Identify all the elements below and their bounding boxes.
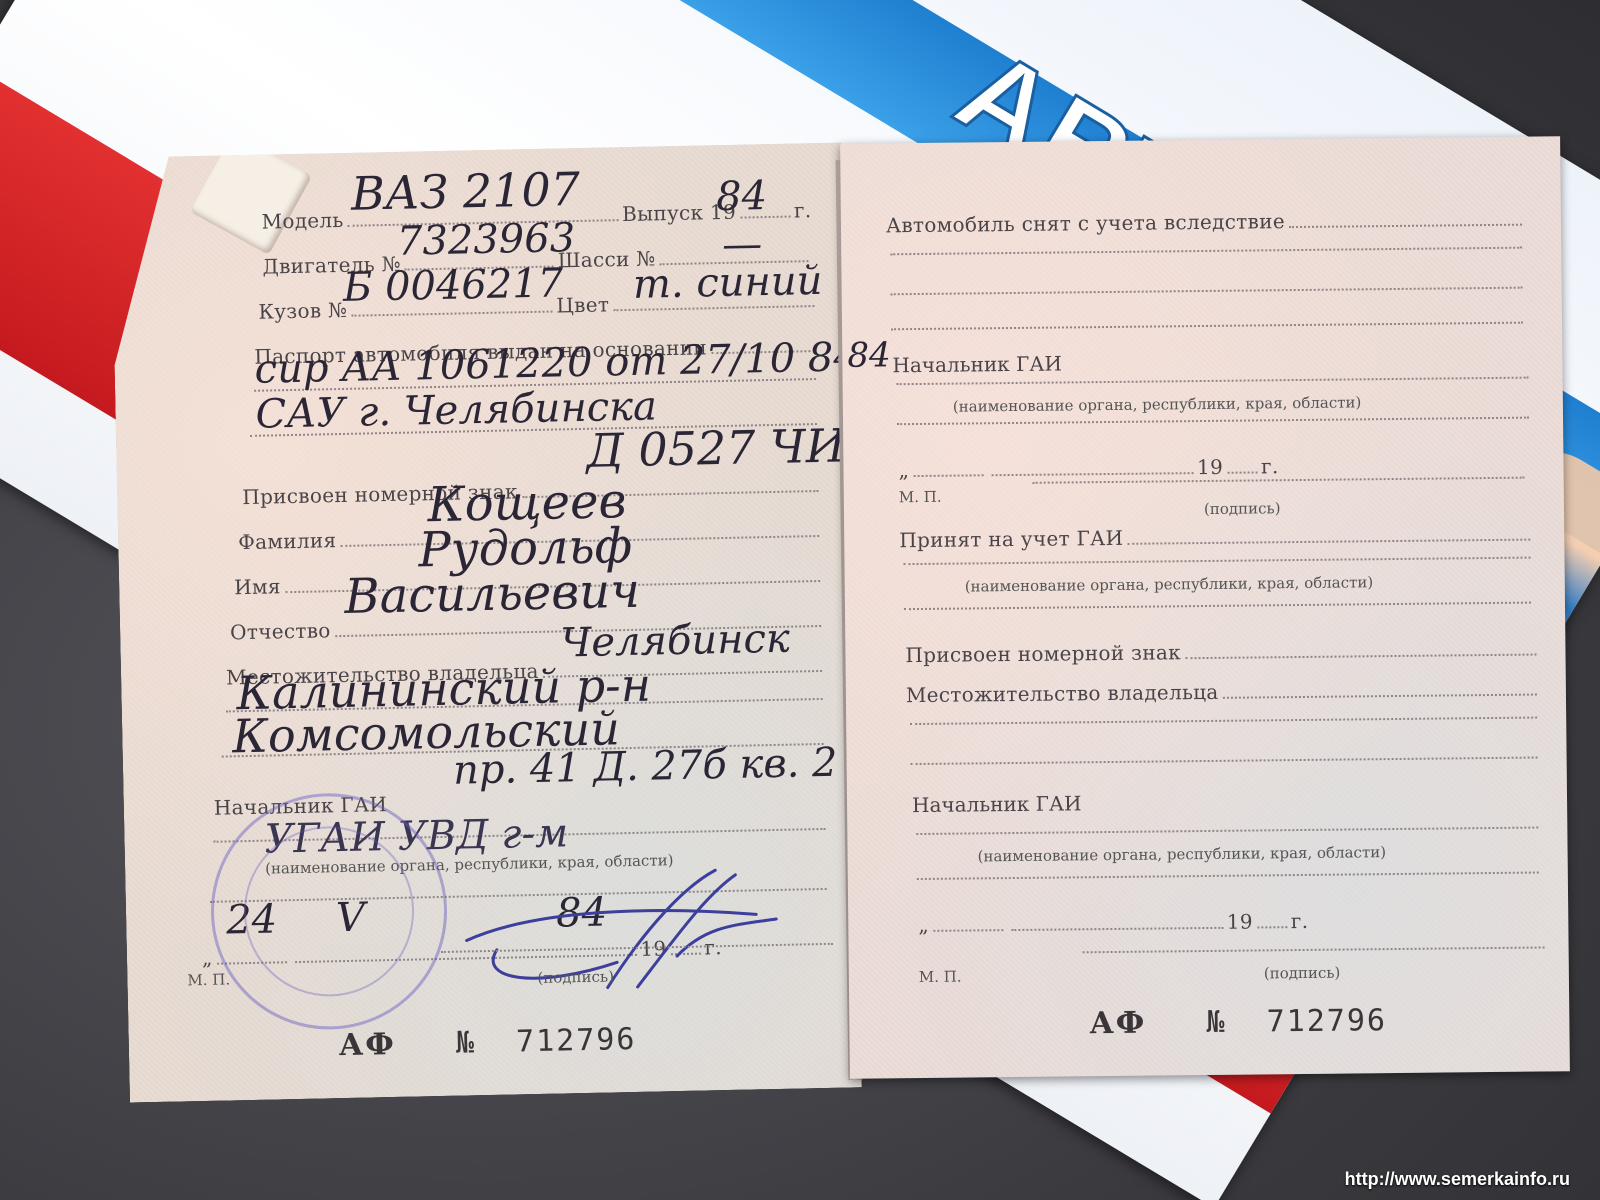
blank-line xyxy=(913,871,1543,885)
dotted-line xyxy=(1011,927,1223,931)
dotted-line xyxy=(913,474,983,477)
date-quote: „ xyxy=(918,913,929,937)
dotted-line xyxy=(1083,946,1545,953)
engine-value: 7323963 xyxy=(397,218,576,262)
residence-row-right: Местожительство владельца xyxy=(906,676,1541,707)
dotted-line xyxy=(1289,224,1522,228)
dotted-line xyxy=(1185,654,1537,660)
deregistered-label: Автомобиль снят с учета вследствие xyxy=(886,209,1285,237)
residence-value-1: Челябинск xyxy=(560,619,790,664)
signature-label-1: (подпись) xyxy=(1204,499,1281,518)
torn-corner xyxy=(190,133,312,255)
dotted-line xyxy=(891,287,1523,296)
right-page: Автомобиль снят с учета вследствие Начал… xyxy=(840,136,1570,1078)
number-sign: № xyxy=(1206,1005,1226,1040)
signature-label: (подпись) xyxy=(537,967,614,987)
blank-line xyxy=(886,247,1526,261)
plate-value: Д 0527 ЧИ xyxy=(586,422,846,473)
plate-label: Присвоен номерной знак xyxy=(905,640,1181,667)
stamp-label: М. П. xyxy=(187,970,230,989)
authority-note-3: (наименование органа, республики, края, … xyxy=(977,843,1386,865)
stamp-label-1: М. П. xyxy=(899,488,942,506)
blank-line xyxy=(887,287,1527,301)
serial-digits: 712796 xyxy=(1266,1003,1387,1039)
blank-line xyxy=(893,417,1533,431)
number-sign: № xyxy=(456,1025,477,1060)
blank-line xyxy=(906,716,1541,730)
date-open-quote: „ xyxy=(202,946,213,970)
signature-icon xyxy=(455,864,788,1001)
blank-line xyxy=(907,756,1542,770)
chief-label-1: Начальник ГАИ xyxy=(892,351,1062,377)
dotted-line xyxy=(904,602,1531,611)
dotted-line xyxy=(911,757,1538,766)
dotted-line xyxy=(917,872,1539,881)
deregistered-row: Автомобиль снят с учета вследствие xyxy=(886,207,1526,238)
spacer xyxy=(391,802,825,811)
name-label: Имя xyxy=(234,574,281,599)
dotted-line xyxy=(1227,471,1257,473)
date-year-prefix: 19 xyxy=(1227,910,1253,934)
dotted-line xyxy=(933,929,1003,932)
color-value: т. синий xyxy=(633,261,823,305)
source-watermark: http://www.semerkainfo.ru xyxy=(1345,1169,1570,1190)
vehicle-passport: Модель Выпуск 19 г. ВАЗ 2107 84 Двигател… xyxy=(120,140,1570,1100)
dotted-line xyxy=(891,322,1523,331)
year-value: 84 xyxy=(716,176,768,217)
dotted-line xyxy=(991,472,1193,476)
authority-note-2: (наименование органа, республики, края, … xyxy=(965,573,1374,595)
date-year-prefix: 19 xyxy=(1197,455,1223,479)
patronymic-label: Отчество xyxy=(230,618,331,644)
blank-line xyxy=(887,322,1527,336)
date-suffix: г. xyxy=(1291,909,1309,933)
chief-label-2: Начальник ГАИ xyxy=(912,791,1082,817)
serial-series: АФ xyxy=(338,1027,396,1063)
blank-line xyxy=(900,602,1535,616)
dotted-line xyxy=(890,247,1522,256)
serial-number: АФ № 712796 xyxy=(338,1022,636,1063)
dotted-line xyxy=(351,311,552,317)
serial-number-right: АФ № 712796 xyxy=(1089,1003,1387,1041)
dotted-line xyxy=(1127,539,1530,545)
margin-note: 84 xyxy=(847,338,891,372)
dotted-line xyxy=(1257,926,1287,928)
body-value: Б 0046217 xyxy=(343,263,564,308)
dotted-line xyxy=(1223,694,1537,699)
color-label: Цвет xyxy=(556,292,609,317)
dotted-line xyxy=(916,827,1538,836)
blank-line xyxy=(893,377,1533,391)
signature-label-2: (подпись) xyxy=(1264,964,1341,983)
surname-label: Фамилия xyxy=(238,528,337,554)
date-row-1: „ 19 г. xyxy=(898,454,1278,482)
stamp-label-2: М. П. xyxy=(919,968,962,986)
registered-label: Принят на учет ГАИ xyxy=(899,526,1123,552)
issued-value-1: сир АА 1061220 от 27/10 84 xyxy=(254,337,859,390)
dotted-line xyxy=(897,417,1529,426)
model-label: Модель xyxy=(261,208,344,234)
date-suffix: г. xyxy=(1261,454,1279,478)
date-row-2: „ 19 г. xyxy=(918,909,1308,937)
registered-row: Принят на учет ГАИ xyxy=(899,522,1534,553)
signature-line xyxy=(1079,946,1549,958)
patronymic-value: Васильевич xyxy=(344,567,640,621)
dotted-line xyxy=(910,717,1537,726)
date-quote: „ xyxy=(898,458,909,482)
serial-digits: 712796 xyxy=(516,1022,637,1060)
dotted-line xyxy=(897,377,1529,386)
blank-line xyxy=(900,557,1535,571)
dotted-line xyxy=(904,557,1531,566)
authority-note-1: (наименование органа, республики, края, … xyxy=(953,393,1362,415)
residence-label: Местожительство владельца xyxy=(906,680,1219,707)
left-page: Модель Выпуск 19 г. ВАЗ 2107 84 Двигател… xyxy=(110,142,862,1102)
body-label: Кузов № xyxy=(258,298,347,324)
model-value: ВАЗ 2107 xyxy=(351,166,581,217)
blank-line xyxy=(912,826,1542,840)
year-suffix: г. xyxy=(794,198,812,222)
plate-row-right: Присвоен номерной знак xyxy=(905,636,1540,667)
chief-value: пр. 41 Д. 27б кв. 2 xyxy=(453,743,838,791)
serial-series: АФ xyxy=(1089,1006,1146,1042)
